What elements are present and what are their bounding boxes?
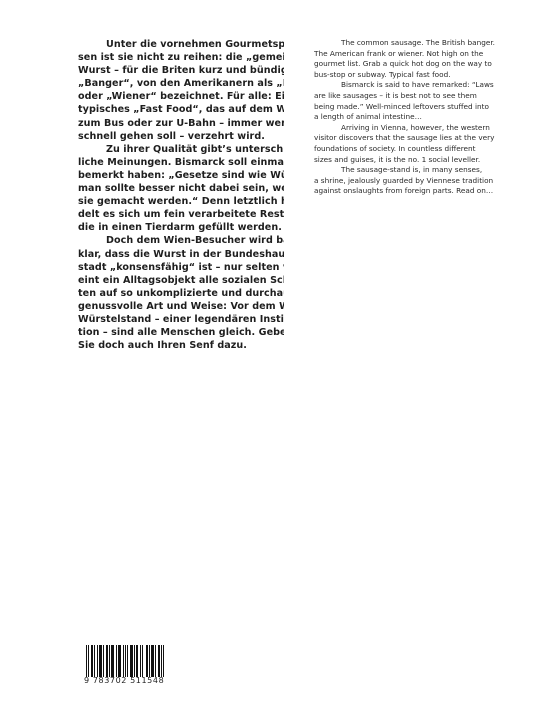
text-line: against onslaughts from foreign parts. R… — [314, 186, 524, 197]
text-line: The American frank or wiener. Not high o… — [314, 49, 524, 60]
english-text-column: The common sausage. The British banger. … — [314, 38, 524, 197]
text-line: visitor discovers that the sausage lies … — [314, 133, 524, 144]
german-paragraph-3: Doch dem Wien-Besucher wird bald klar, d… — [78, 234, 284, 352]
text-line: schnell gehen soll – verzehrt wird. — [78, 130, 284, 143]
text-line: foundations of society. In countless dif… — [314, 144, 524, 155]
barcode-bars — [86, 645, 164, 677]
isbn-number: 9 783702 511548 — [84, 676, 166, 685]
text-line: genussvolle Art und Weise: Vor dem Wiene… — [78, 300, 284, 313]
text-line: Doch dem Wien-Besucher wird bald — [78, 234, 284, 247]
german-text-column: Unter die vornehmen Gourmetspei- sen ist… — [78, 38, 284, 352]
text-line: oder „Wiener“ bezeichnet. Für alle: Ein — [78, 90, 284, 103]
text-line: ten auf so unkomplizierte und durchaus — [78, 287, 284, 300]
text-line: typisches „Fast Food“, das auf dem Weg — [78, 103, 284, 116]
text-line: The common sausage. The British banger. — [314, 38, 524, 49]
english-paragraph-4: The sausage-stand is, in many senses, a … — [314, 165, 524, 197]
text-line: sen ist sie nicht zu reihen: die „gemein… — [78, 51, 284, 64]
text-line: gourmet list. Grab a quick hot dog on th… — [314, 59, 524, 70]
english-paragraph-2: Bismarck is said to have remarked: “Laws… — [314, 80, 524, 122]
text-line: a shrine, jealously guarded by Viennese … — [314, 176, 524, 187]
text-line: The sausage-stand is, in many senses, — [314, 165, 524, 176]
english-paragraph-1: The common sausage. The British banger. … — [314, 38, 524, 80]
text-line: being made.” Well-minced leftovers stuff… — [314, 102, 524, 113]
text-line: sizes and guises, it is the no. 1 social… — [314, 155, 524, 166]
text-line: tion – sind alle Menschen gleich. Geben — [78, 326, 284, 339]
text-line: Würstelstand – einer legendären Institu- — [78, 313, 284, 326]
text-line: man sollte besser nicht dabei sein, wenn — [78, 182, 284, 195]
text-line: sie gemacht werden.“ Denn letztlich han- — [78, 195, 284, 208]
text-line: liche Meinungen. Bismarck soll einmal — [78, 156, 284, 169]
text-line: Arriving in Vienna, however, the western — [314, 123, 524, 134]
german-paragraph-1: Unter die vornehmen Gourmetspei- sen ist… — [78, 38, 284, 143]
text-line: Sie doch auch Ihren Senf dazu. — [78, 339, 284, 352]
text-line: a length of animal intestine… — [314, 112, 524, 123]
text-line: zum Bus oder zur U-Bahn – immer wenn’s — [78, 117, 284, 130]
english-paragraph-3: Arriving in Vienna, however, the western… — [314, 123, 524, 165]
text-line: die in einen Tierdarm gefüllt werden. — [78, 221, 284, 234]
text-line: eint ein Alltagsobjekt alle sozialen Sch… — [78, 274, 284, 287]
isbn-barcode: 9 783702 511548 — [84, 645, 166, 687]
text-line: Bismarck is said to have remarked: “Laws — [314, 80, 524, 91]
text-line: klar, dass die Wurst in der Bundeshaupt- — [78, 248, 284, 261]
text-line: Zu ihrer Qualität gibt’s unterschied- — [78, 143, 284, 156]
text-line: bemerkt haben: „Gesetze sind wie Würste, — [78, 169, 284, 182]
text-line: Wurst – für die Briten kurz und bündig — [78, 64, 284, 77]
text-line: are like sausages – it is best not to se… — [314, 91, 524, 102]
text-line: stadt „konsensfähig“ ist – nur selten ve… — [78, 261, 284, 274]
german-paragraph-2: Zu ihrer Qualität gibt’s unterschied- li… — [78, 143, 284, 235]
text-line: delt es sich um fein verarbeitete Reste, — [78, 208, 284, 221]
text-line: bus-stop or subway. Typical fast food. — [314, 70, 524, 81]
text-line: „Banger“, von den Amerikanern als „Frank… — [78, 77, 284, 90]
text-line: Unter die vornehmen Gourmetspei- — [78, 38, 284, 51]
